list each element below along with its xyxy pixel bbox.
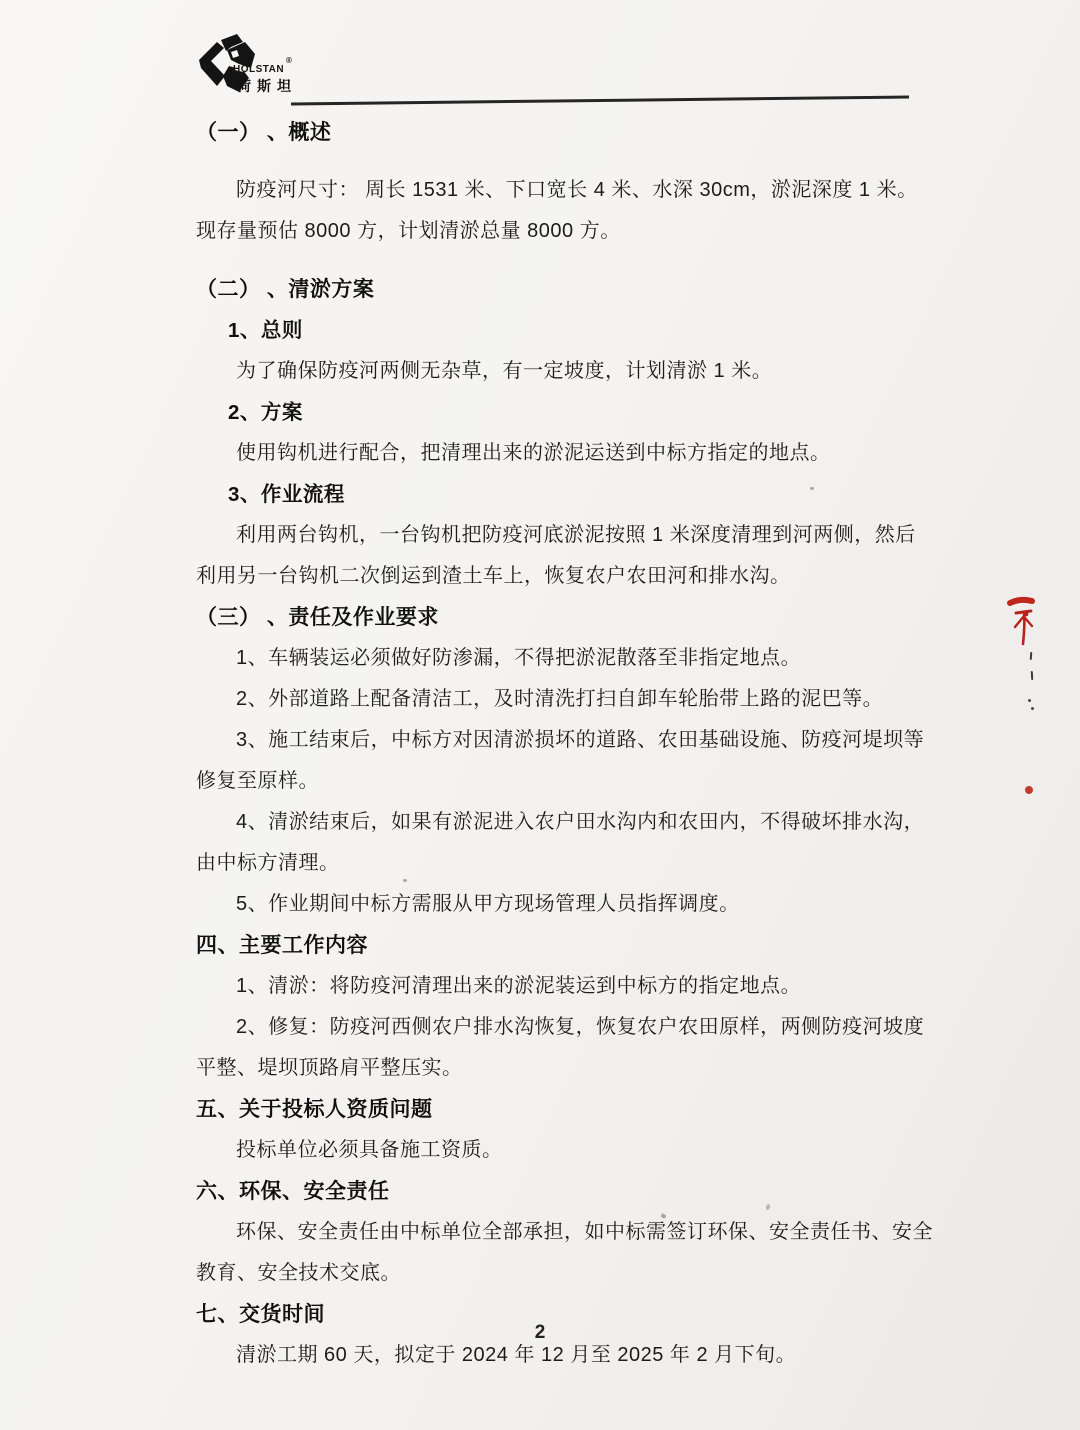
paragraph: 投标单位必须具备施工资质。 <box>196 1130 936 1171</box>
list-item: 3、施工结束后，中标方对因清淤损坏的道路、农田基础设施、防疫河堤坝等修复至原样。 <box>196 720 936 802</box>
ink-dot <box>1031 707 1034 710</box>
page-number: 2 <box>0 1322 1080 1344</box>
scan-artifact <box>810 487 814 490</box>
paragraph: 使用钩机进行配合，把清理出来的淤泥运送到中标方指定的地点。 <box>196 433 936 474</box>
sub-heading: 1、总则 <box>228 310 936 351</box>
sub-heading: 2、方案 <box>228 392 936 433</box>
paragraph: 为了确保防疫河两侧无杂草，有一定坡度，计划清淤 1 米。 <box>196 351 936 392</box>
paragraph: 环保、安全责任由中标单位全部承担，如中标需签订环保、安全责任书、安全教育、安全技… <box>196 1212 936 1294</box>
list-item: 2、修复：防疫河西侧农户排水沟恢复，恢复农户农田原样，两侧防疫河坡度平整、堤坝顶… <box>196 1007 936 1089</box>
section-heading-4: 四、主要工作内容 <box>196 925 936 966</box>
section-heading-5: 五、关于投标人资质问题 <box>196 1089 936 1130</box>
brand-name-en: HOLSTAN <box>233 64 284 75</box>
list-item: 4、清淤结束后，如果有淤泥进入农户田水沟内和农田内，不得破坏排水沟，由中标方清理… <box>196 802 936 884</box>
holstan-logo: HOLSTAN ® 荷斯坦 <box>193 34 313 102</box>
list-item: 1、车辆装运必须做好防渗漏，不得把淤泥散落至非指定地点。 <box>196 638 936 679</box>
brand-name-cn: 荷斯坦 <box>237 76 297 96</box>
scan-artifact <box>403 879 407 882</box>
list-item: 1、清淤：将防疫河清理出来的淤泥装运到中标方的指定地点。 <box>196 966 936 1007</box>
list-item: 2、外部道路上配备清洁工，及时清洗打扫自卸车轮胎带上路的泥巴等。 <box>196 679 936 720</box>
section-heading-3: （三） 、责任及作业要求 <box>196 597 936 638</box>
red-ink-dot <box>1025 786 1033 794</box>
section-heading-6: 六、环保、安全责任 <box>196 1171 936 1212</box>
list-item: 5、作业期间中标方需服从甲方现场管理人员指挥调度。 <box>196 884 936 925</box>
section-heading-1: （一） 、概述 <box>196 112 936 153</box>
pen-tick-mark <box>1030 652 1033 660</box>
scanned-document-page: HOLSTAN ® 荷斯坦 （一） 、概述 防疫河尺寸： 周长 1531 米、下… <box>0 0 1080 1430</box>
red-ink-margin-mark <box>998 590 1048 652</box>
header-divider <box>291 95 909 107</box>
ink-dot <box>1028 699 1031 702</box>
document-body: （一） 、概述 防疫河尺寸： 周长 1531 米、下口宽长 4 米、水深 30c… <box>196 112 936 1376</box>
registered-trademark-icon: ® <box>286 56 292 65</box>
paragraph: 防疫河尺寸： 周长 1531 米、下口宽长 4 米、水深 30cm，淤泥深度 1… <box>196 170 936 252</box>
sub-heading: 3、作业流程 <box>228 474 936 515</box>
pen-tick-mark <box>1031 671 1033 680</box>
paragraph: 利用两台钩机，一台钩机把防疫河底淤泥按照 1 米深度清理到河两侧，然后利用另一台… <box>196 515 936 597</box>
section-heading-2: （二） 、清淤方案 <box>196 269 936 310</box>
